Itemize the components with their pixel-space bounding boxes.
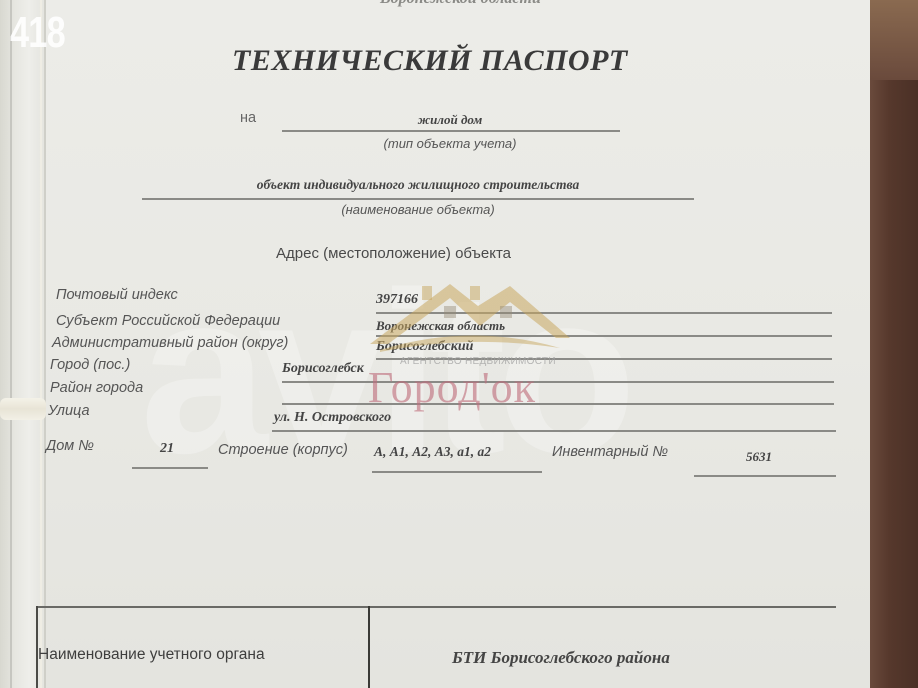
house-number-value: 21 [160,441,174,457]
object-type-caption: (тип объекта учета) [280,136,620,151]
building-label: Строение (корпус) [218,442,348,458]
desk-surface [870,0,918,688]
street-label: Улица [48,403,90,419]
photo-number-badge: 418 [10,8,65,58]
district-line [376,358,832,360]
city-district-label: Район города [50,380,143,396]
header-cutoff-text: Воронежской области [380,0,541,8]
building-line [372,471,542,473]
object-type-line [282,130,620,132]
object-name-line [142,198,694,200]
document-title: ТЕХНИЧЕСКИЙ ПАСПОРТ [232,44,628,78]
page-edge [10,0,12,688]
house-number-label: Дом № [46,438,94,454]
postal-code-label: Почтовый индекс [56,287,178,303]
object-type-prefix: на [240,110,256,126]
object-type-value: жилой дом [280,112,620,128]
object-name-caption: (наименование объекта) [142,202,694,217]
city-district-line [282,403,834,405]
registry-table-border [36,606,836,608]
registry-value: БТИ Борисоглебского района [452,648,670,668]
binding-thread [40,0,42,688]
house-number-line [132,467,208,469]
inventory-number-value: 5631 [746,449,772,465]
registry-label: Наименование учетного органа [38,646,265,664]
street-value: ул. Н. Островского [274,410,391,426]
registry-table-divider [368,606,370,688]
desk-surface [870,0,918,80]
federal-subject-value: Воронежская область [376,318,505,334]
inventory-number-line [694,475,836,477]
federal-subject-label: Субъект Российской Федерации [56,313,280,329]
district-label: Административный район (округ) [52,335,288,351]
city-value: Борисоглебск [282,361,364,377]
postal-code-value: 397166 [376,292,418,308]
building-value: А, А1, А2, А3, а1, а2 [374,444,491,460]
district-value: Борисоглебский [376,339,473,355]
city-line [282,381,834,383]
address-heading: Адрес (местоположение) объекта [276,245,511,262]
inventory-number-label: Инвентарный № [552,444,668,460]
federal-subject-line [376,335,832,337]
binding-thread-knot [0,398,46,420]
street-line [272,430,836,432]
page-edge [44,0,46,688]
object-name-value: объект индивидуального жилищного строите… [142,177,694,193]
postal-code-line [376,312,832,314]
city-label: Город (пос.) [50,357,130,373]
